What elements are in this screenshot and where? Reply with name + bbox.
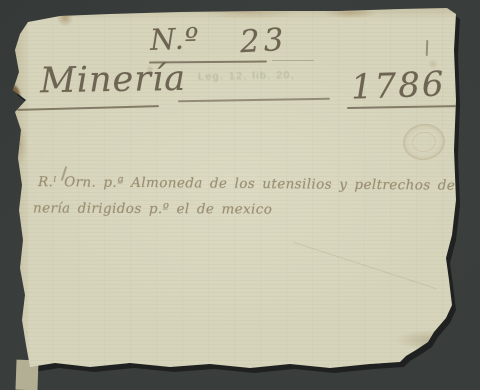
document-number-value: 23 [239,22,288,60]
paper-crease [294,242,437,289]
year-value: 1786 [350,64,446,107]
body-text-line-1: R.ˡ Orn. p.ª Almoneda de los utensilios … [38,174,480,194]
pen-tick-mark [426,40,429,56]
manuscript-page: N.º 23 Leg. 12, lib. 20, Minería 1786 R.… [0,0,480,390]
scanned-document-view: N.º 23 Leg. 12, lib. 20, Minería 1786 R.… [0,0,480,390]
category-underline [17,105,159,111]
document-number-label: N.º [149,21,200,57]
category-title: Minería [40,59,187,102]
embossed-seal-icon [401,121,448,162]
archive-stamp-text: Leg. 12, lib. 20, [198,69,296,83]
number-underline-extension [272,60,314,61]
middle-rule [178,98,330,102]
body-text-line-2: nería dirigidos p.º el de mexico [33,200,272,217]
body-flourish-line [0,0,410,5]
